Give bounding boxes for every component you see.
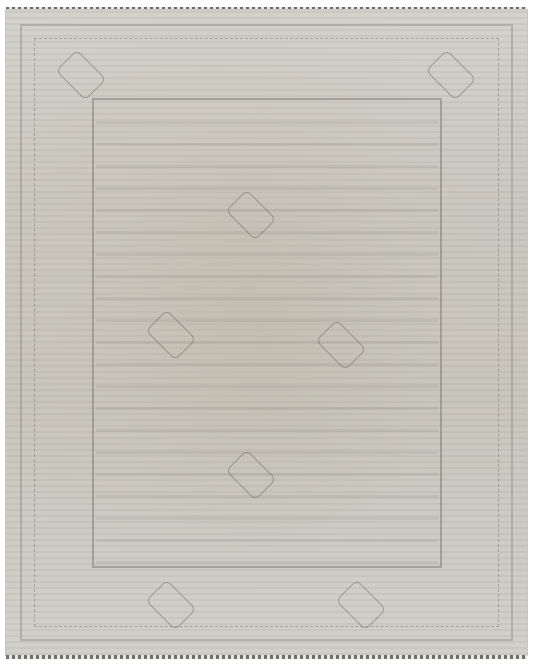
bottom-fringe — [6, 655, 527, 659]
